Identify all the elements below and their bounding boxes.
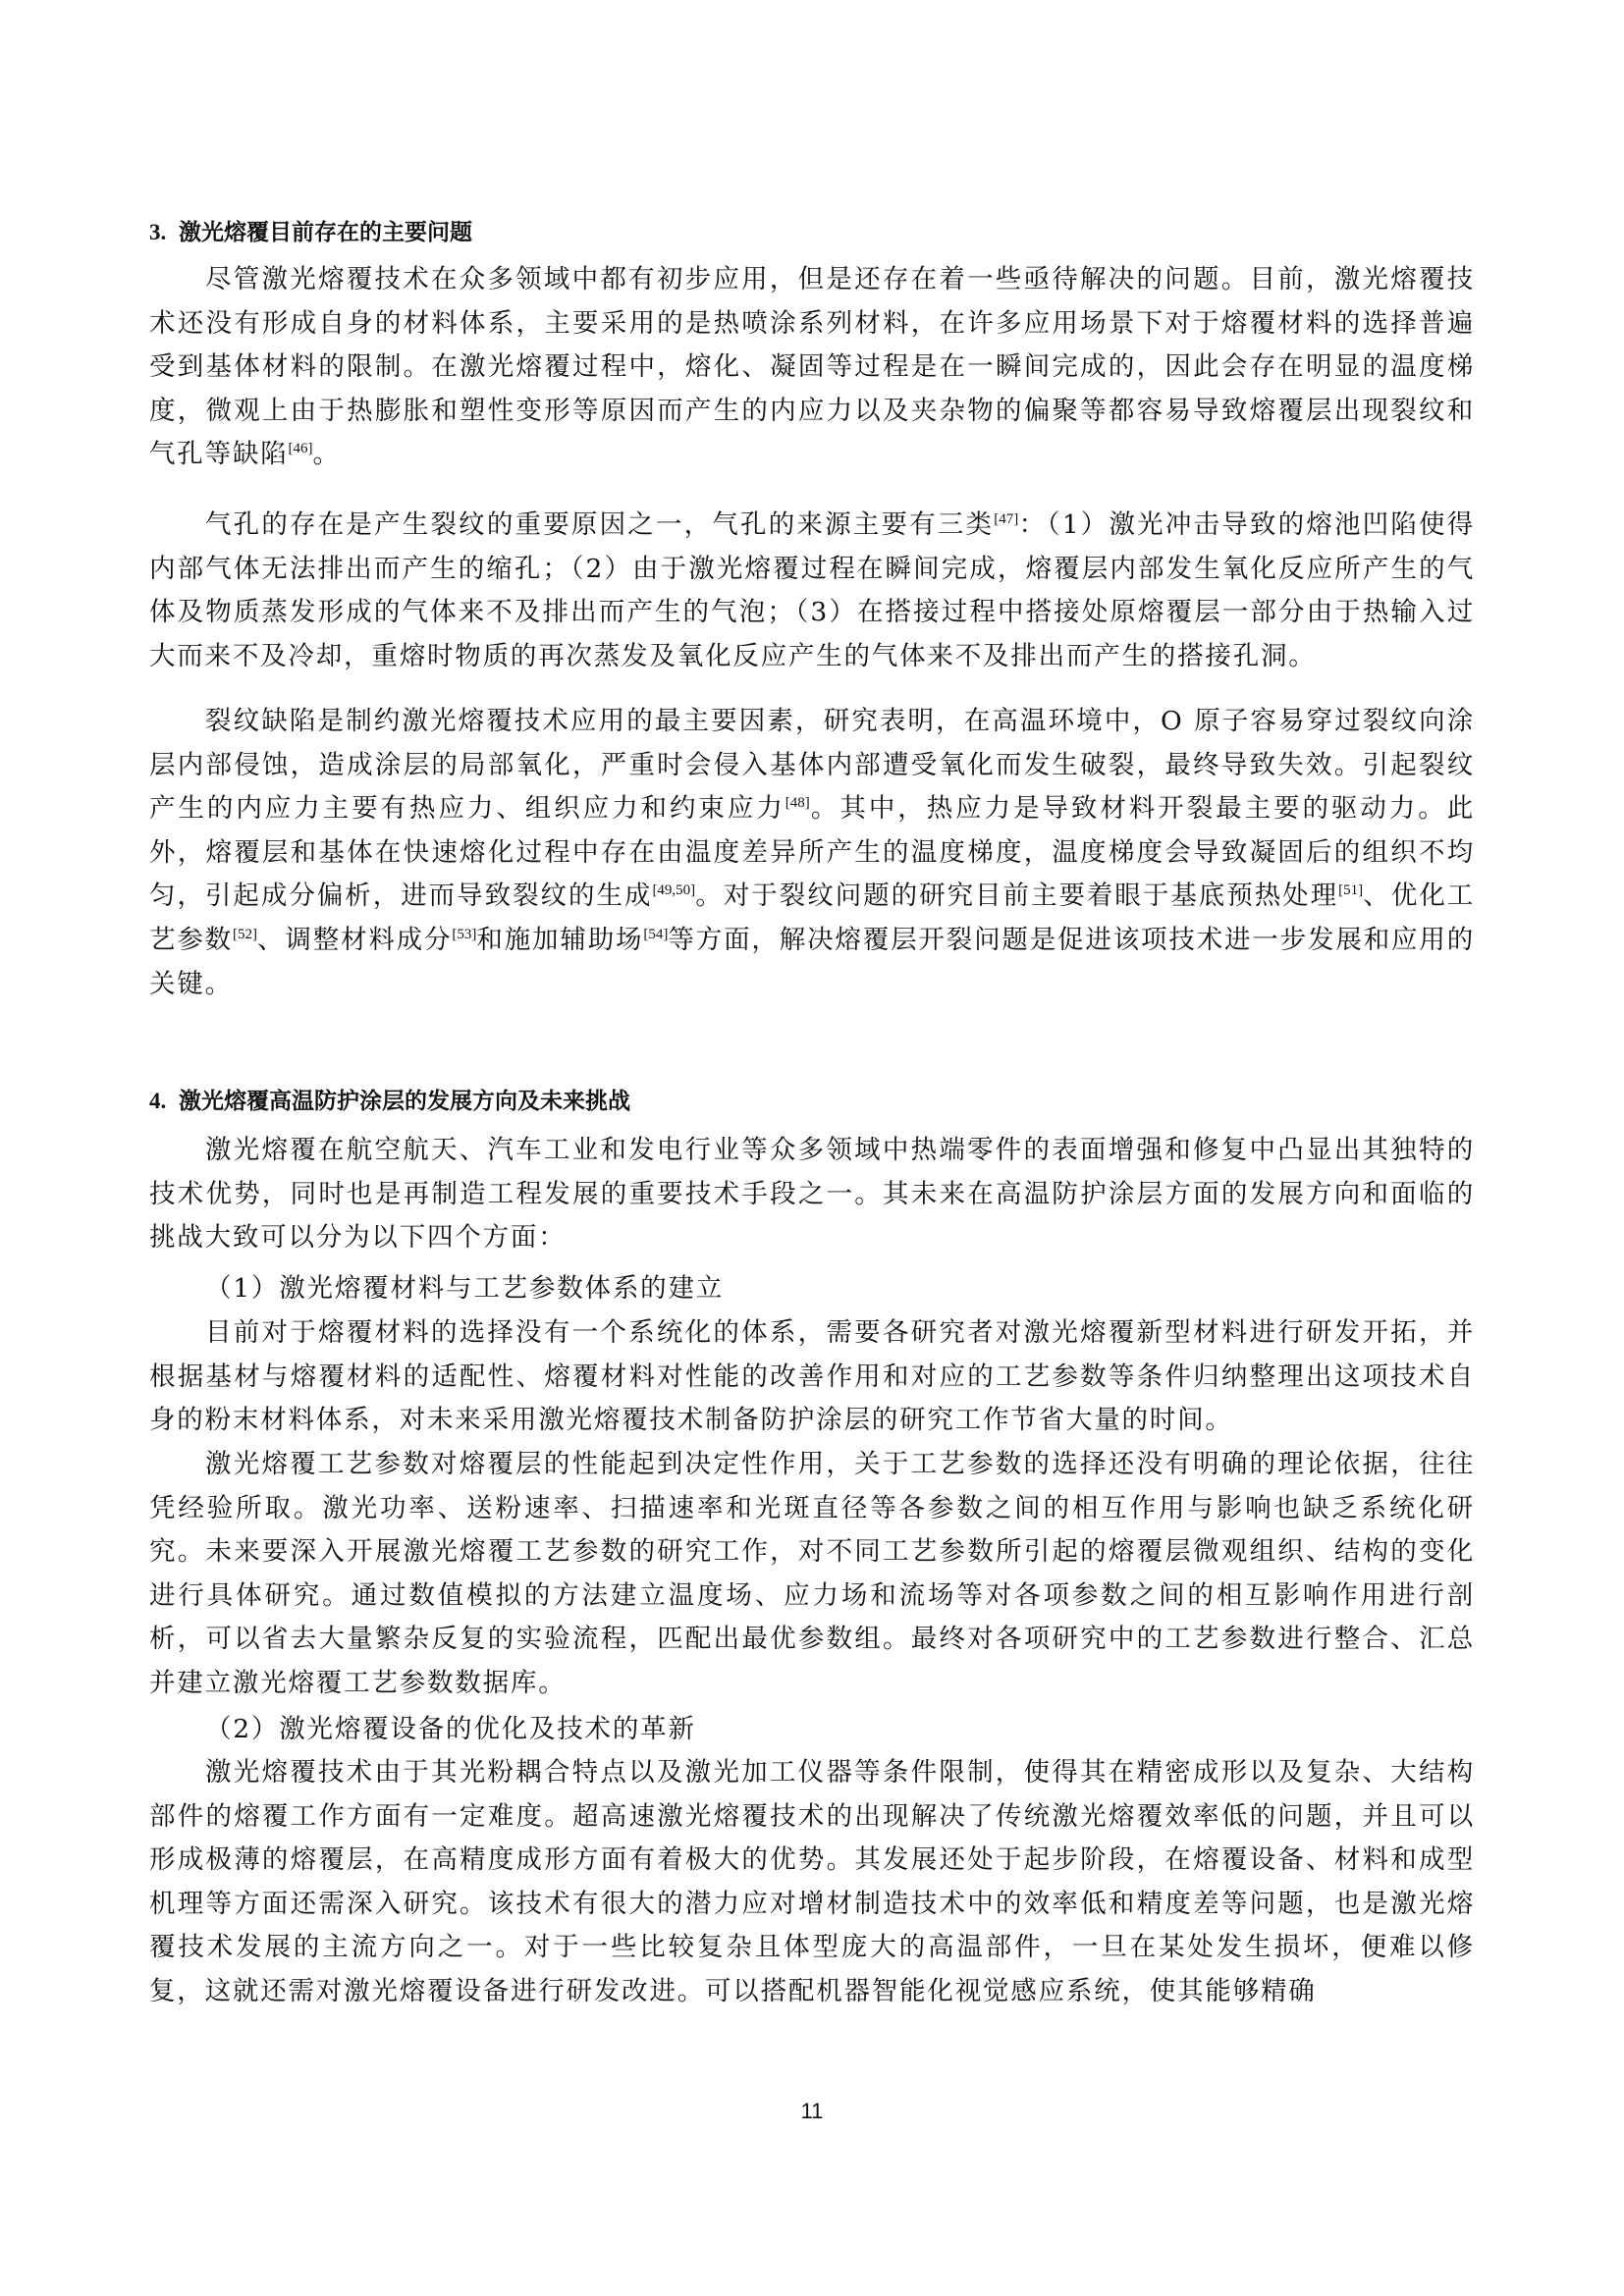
subsection-1-title: （1）激光熔覆材料与工艺参数体系的建立 [205, 1267, 724, 1310]
citation-49-50: [49,50] [652, 882, 695, 898]
citation-54: [54] [643, 927, 668, 942]
subsection-1-paragraph-2: 激光熔覆工艺参数对熔覆层的性能起到决定性作用，关于工艺参数的选择还没有明确的理论… [149, 1443, 1475, 1706]
citation-48: [48] [785, 795, 810, 811]
paragraph-text: 。对于裂纹问题的研究目前主要着眼于基底预热处理 [695, 881, 1338, 911]
section-4-title: 激光熔覆高温防护涂层的发展方向及未来挑战 [179, 1089, 630, 1114]
citation-51: [51] [1338, 882, 1363, 898]
section-4-intro: 激光熔覆在航空航天、汽车工业和发电行业等众多领域中热端零件的表面增强和修复中凸显… [149, 1129, 1475, 1260]
citation-47: [47] [994, 511, 1018, 527]
paragraph-text: 和施加辅助场 [476, 925, 643, 955]
section-3-title: 激光熔覆目前存在的主要问题 [179, 220, 472, 245]
paragraph-text: 、调整材料成分 [257, 925, 452, 955]
citation-52: [52] [233, 927, 257, 942]
page-number: 11 [0, 2099, 1624, 2124]
subsection-2-title: （2）激光熔覆设备的优化及技术的革新 [205, 1708, 696, 1751]
citation-53: [53] [452, 927, 476, 942]
subsection-1-paragraph-1: 目前对于熔覆材料的选择没有一个系统化的体系，需要各研究者对激光熔覆新型材料进行研… [149, 1311, 1475, 1443]
section-3-heading: 3.激光熔覆目前存在的主要问题 [149, 218, 472, 247]
citation-46: [46] [289, 441, 313, 456]
paragraph-text: 气孔的存在是产生裂纹的重要原因之一，气孔的来源主要有三类 [205, 509, 994, 540]
section-4-number: 4. [149, 1087, 179, 1116]
section-3-paragraph-2: 气孔的存在是产生裂纹的重要原因之一，气孔的来源主要有三类[47]：（1）激光冲击… [149, 504, 1475, 678]
paragraph-text: 。 [313, 439, 341, 469]
section-3-number: 3. [149, 218, 179, 247]
subsection-2-paragraph-1: 激光熔覆技术由于其光粉耦合特点以及激光加工仪器等条件限制，使得其在精密成形以及复… [149, 1751, 1475, 2014]
section-4-heading: 4.激光熔覆高温防护涂层的发展方向及未来挑战 [149, 1087, 630, 1116]
paragraph-text: 尽管激光熔覆技术在众多领域中都有初步应用，但是还存在着一些亟待解决的问题。目前，… [149, 264, 1475, 469]
section-3-paragraph-1: 尽管激光熔覆技术在众多领域中都有初步应用，但是还存在着一些亟待解决的问题。目前，… [149, 258, 1475, 477]
section-3-paragraph-3: 裂纹缺陷是制约激光熔覆技术应用的最主要因素，研究表明，在高温环境中，O 原子容易… [149, 700, 1475, 1006]
